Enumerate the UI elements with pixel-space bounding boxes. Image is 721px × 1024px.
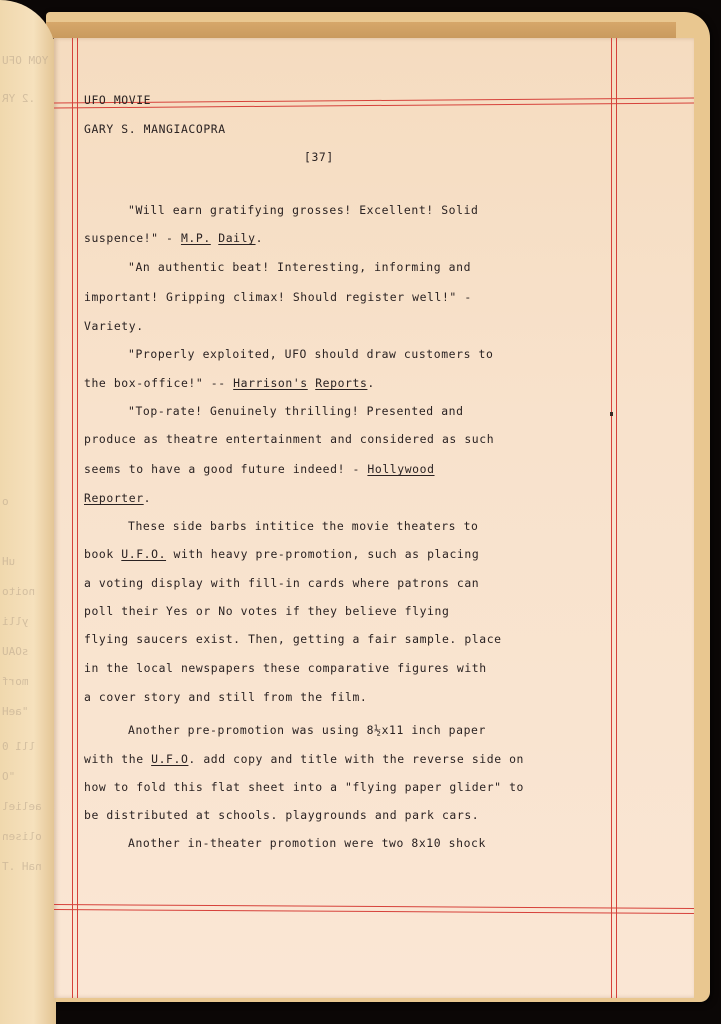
page-number: [37] bbox=[304, 150, 334, 164]
text-run: . add copy and title with the reverse si… bbox=[188, 752, 524, 766]
typewritten-page: UFO MOVIE GARY S. MANGIACOPRA [37] "Will… bbox=[54, 38, 694, 998]
text-line: flying saucers exist. Then, getting a fa… bbox=[84, 632, 502, 646]
text-line: book U.F.O. with heavy pre-promotion, su… bbox=[84, 547, 479, 561]
left-facing-page: YOM OFU .2 YR o uH noito ylli sOAU morf … bbox=[0, 0, 56, 1024]
text-line: "Will earn gratifying grosses! Excellent… bbox=[84, 203, 479, 217]
text-line: "An authentic beat! Interesting, informi… bbox=[84, 260, 471, 274]
text-run: important! Gripping climax! Should regis… bbox=[84, 290, 472, 304]
text-line: suspence!" - M.P. Daily. bbox=[84, 231, 263, 245]
document-author: GARY S. MANGIACOPRA bbox=[84, 122, 226, 136]
text-run: "Top-rate! Genuinely thrilling! Presente… bbox=[128, 404, 464, 418]
text-line: "Properly exploited, UFO should draw cus… bbox=[84, 347, 493, 361]
margin-rule-right bbox=[611, 38, 617, 998]
text-run: . bbox=[367, 376, 374, 390]
text-line: important! Gripping climax! Should regis… bbox=[84, 290, 472, 304]
underlined-citation: Reports bbox=[315, 376, 367, 390]
text-run: a cover story and still from the film. bbox=[84, 690, 367, 704]
underlined-citation: Hollywood bbox=[367, 462, 434, 476]
text-run: produce as theatre entertainment and con… bbox=[84, 432, 494, 446]
text-line: with the U.F.O. add copy and title with … bbox=[84, 752, 524, 766]
text-run: "Properly exploited, UFO should draw cus… bbox=[128, 347, 493, 361]
text-run: seems to have a good future indeed! - bbox=[84, 462, 367, 476]
text-line: a voting display with fill-in cards wher… bbox=[84, 576, 479, 590]
text-run: Another pre-promotion was using 8½x11 in… bbox=[128, 723, 486, 737]
text-line: a cover story and still from the film. bbox=[84, 690, 367, 704]
text-line: in the local newspapers these comparativ… bbox=[84, 661, 487, 675]
underlined-citation: M.P. bbox=[181, 231, 211, 245]
text-run: These side barbs intitice the movie thea… bbox=[128, 519, 479, 533]
underlined-citation: U.F.O. bbox=[121, 547, 166, 561]
text-run: with heavy pre-promotion, such as placin… bbox=[166, 547, 479, 561]
margin-rule-bottom bbox=[54, 904, 694, 914]
text-run: with the bbox=[84, 752, 151, 766]
text-line: how to fold this flat sheet into a "flyi… bbox=[84, 780, 524, 794]
text-run: . bbox=[144, 491, 151, 505]
text-run: be distributed at schools. playgrounds a… bbox=[84, 808, 479, 822]
text-line: These side barbs intitice the movie thea… bbox=[84, 519, 479, 533]
text-run: the box-office!" -- bbox=[84, 376, 233, 390]
text-line: poll their Yes or No votes if they belie… bbox=[84, 604, 449, 618]
text-run: how to fold this flat sheet into a "flyi… bbox=[84, 780, 524, 794]
text-run: . bbox=[256, 231, 263, 245]
text-line: Another pre-promotion was using 8½x11 in… bbox=[84, 723, 486, 737]
ink-speck bbox=[610, 412, 613, 416]
text-run: "Will earn gratifying grosses! Excellent… bbox=[128, 203, 479, 217]
text-run: a voting display with fill-in cards wher… bbox=[84, 576, 479, 590]
text-run: Another in-theater promotion were two 8x… bbox=[128, 836, 486, 850]
text-line: "Top-rate! Genuinely thrilling! Presente… bbox=[84, 404, 464, 418]
text-run: Variety. bbox=[84, 319, 144, 333]
text-line: seems to have a good future indeed! - Ho… bbox=[84, 462, 435, 476]
text-run: book bbox=[84, 547, 121, 561]
text-line: be distributed at schools. playgrounds a… bbox=[84, 808, 479, 822]
text-run: poll their Yes or No votes if they belie… bbox=[84, 604, 449, 618]
text-line: the box-office!" -- Harrison's Reports. bbox=[84, 376, 375, 390]
text-run: "An authentic beat! Interesting, informi… bbox=[128, 260, 471, 274]
text-run: flying saucers exist. Then, getting a fa… bbox=[84, 632, 502, 646]
text-line: Reporter. bbox=[84, 491, 151, 505]
text-line: produce as theatre entertainment and con… bbox=[84, 432, 494, 446]
page-stack-top-edge bbox=[46, 22, 676, 39]
document-title: UFO MOVIE bbox=[84, 93, 151, 107]
underlined-citation: Daily bbox=[218, 231, 255, 245]
text-line: Variety. bbox=[84, 319, 144, 333]
text-run: in the local newspapers these comparativ… bbox=[84, 661, 487, 675]
underlined-citation: Harrison's bbox=[233, 376, 308, 390]
text-run: suspence!" - bbox=[84, 231, 181, 245]
text-line: Another in-theater promotion were two 8x… bbox=[84, 836, 486, 850]
underlined-citation: U.F.O bbox=[151, 752, 188, 766]
margin-rule-left bbox=[72, 38, 78, 998]
underlined-citation: Reporter bbox=[84, 491, 144, 505]
